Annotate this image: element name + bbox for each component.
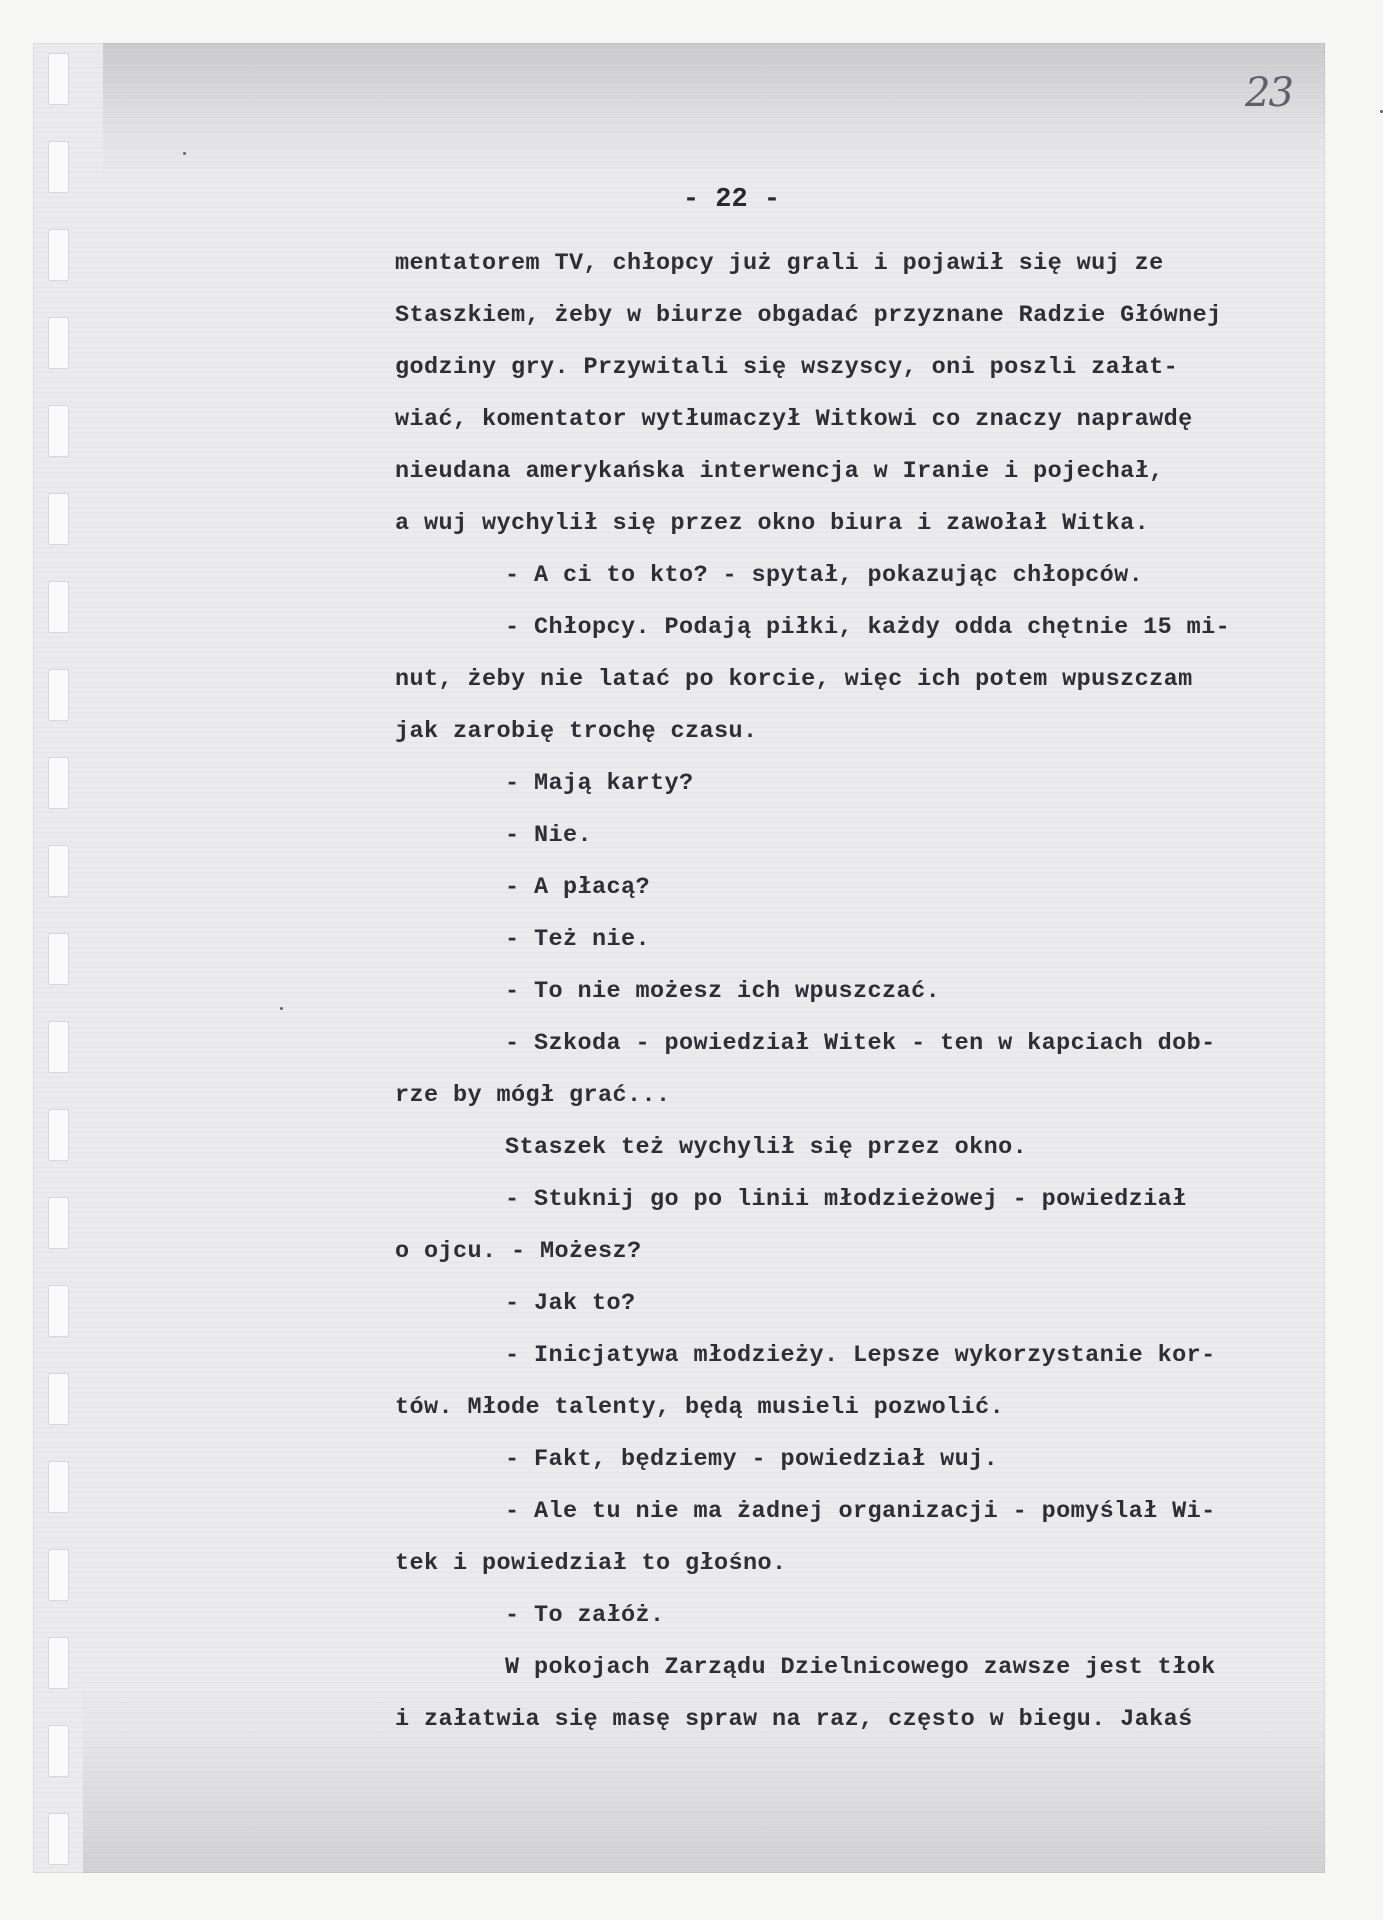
binding-slot [48, 845, 69, 897]
binding-slot [48, 1109, 69, 1161]
text-line: - To załóż. [395, 1590, 1305, 1642]
typewritten-body: mentatorem TV, chłopcy już grali i pojaw… [395, 238, 1305, 1746]
binding-slot [48, 405, 69, 457]
handwritten-page-number: 23 [1245, 70, 1292, 116]
text-line: - Stuknij go po linii młodzieżowej - pow… [395, 1174, 1305, 1226]
text-line: - Chłopcy. Podają piłki, każdy odda chęt… [395, 602, 1305, 654]
text-line: tek i powiedział to głośno. [395, 1538, 1305, 1590]
binding-slot [48, 1461, 69, 1513]
text-line: - Inicjatywa młodzieży. Lepsze wykorzyst… [395, 1330, 1305, 1382]
binding-slot [48, 757, 69, 809]
text-line: - To nie możesz ich wpuszczać. [395, 966, 1305, 1018]
binding-slot [48, 669, 69, 721]
binding-slot [48, 493, 69, 545]
dust-speck [280, 1007, 283, 1010]
text-line: - Też nie. [395, 914, 1305, 966]
text-line: - A płacą? [395, 862, 1305, 914]
typed-page-number: - 22 - [0, 185, 1383, 215]
binding-slot [48, 1197, 69, 1249]
text-line: Staszkiem, żeby w biurze obgadać przyzna… [395, 290, 1305, 342]
binding-slot [48, 933, 69, 985]
text-line: tów. Młode talenty, będą musieli pozwoli… [395, 1382, 1305, 1434]
text-line: - Nie. [395, 810, 1305, 862]
toner-shading-top [103, 43, 1325, 183]
text-line: - A ci to kto? - spytał, pokazując chłop… [395, 550, 1305, 602]
dust-speck [183, 152, 186, 155]
text-line: rze by mógł grać... [395, 1070, 1305, 1122]
text-line: W pokojach Zarządu Dzielnicowego zawsze … [395, 1642, 1305, 1694]
text-line: - Jak to? [395, 1278, 1305, 1330]
binding-slot [48, 1549, 69, 1601]
binding-slot [48, 1285, 69, 1337]
binding-slot [48, 53, 69, 105]
text-line: godziny gry. Przywitali się wszyscy, oni… [395, 342, 1305, 394]
text-line: i załatwia się masę spraw na raz, często… [395, 1694, 1305, 1746]
binding-slot [48, 1725, 69, 1777]
text-line: mentatorem TV, chłopcy już grali i pojaw… [395, 238, 1305, 290]
text-line: - Ale tu nie ma żadnej organizacji - pom… [395, 1486, 1305, 1538]
binding-slot [48, 317, 69, 369]
text-line: - Fakt, będziemy - powiedział wuj. [395, 1434, 1305, 1486]
binding-slot [48, 229, 69, 281]
binding-slot [48, 1637, 69, 1689]
text-line: a wuj wychylił się przez okno biura i za… [395, 498, 1305, 550]
text-line: o ojcu. - Możesz? [395, 1226, 1305, 1278]
text-line: Staszek też wychylił się przez okno. [395, 1122, 1305, 1174]
text-line: nut, żeby nie latać po korcie, więc ich … [395, 654, 1305, 706]
text-line: - Mają karty? [395, 758, 1305, 810]
text-line: wiać, komentator wytłumaczył Witkowi co … [395, 394, 1305, 446]
text-line: jak zarobię trochę czasu. [395, 706, 1305, 758]
binding-slot [48, 1813, 69, 1865]
binding-slot [48, 1373, 69, 1425]
binding-slot [48, 581, 69, 633]
text-line: nieudana amerykańska interwencja w Irani… [395, 446, 1305, 498]
text-line: - Szkoda - powiedział Witek - ten w kapc… [395, 1018, 1305, 1070]
binding-slot [48, 1021, 69, 1073]
